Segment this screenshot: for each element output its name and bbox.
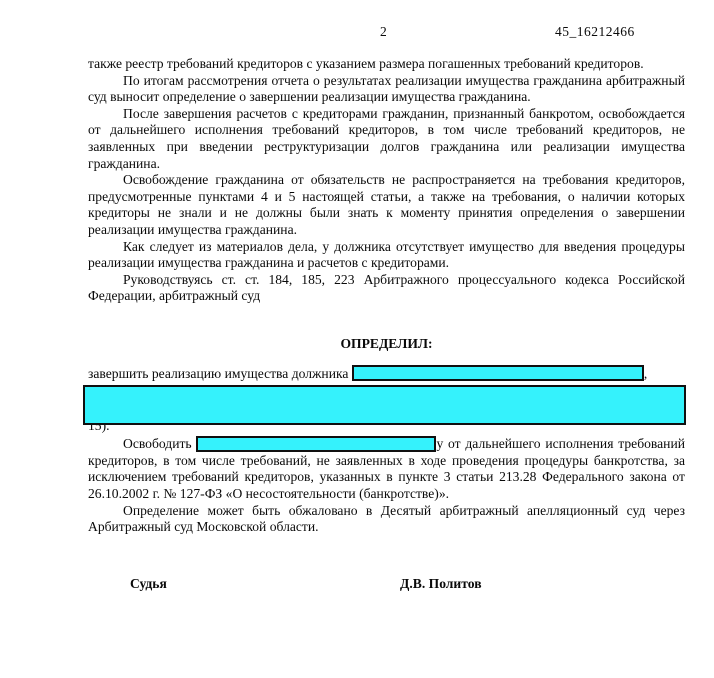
paragraph-appeal: Определение может быть обжаловано в Деся… — [88, 503, 685, 536]
signature-row: Судья Д.В. Политов — [88, 576, 685, 596]
judge-name: Д.В. Политов — [400, 576, 482, 593]
case-number: 45_16212466 — [555, 24, 635, 40]
release-before-text: Освободить — [123, 436, 196, 451]
document-page: 2 45_16212466 также реестр требований кр… — [0, 0, 714, 678]
operative-after-box: , — [644, 366, 647, 381]
operative-release-paragraph: Освободить у от дальнейшего исполнения т… — [88, 436, 685, 503]
paragraph-no-property: Как следует из материалов дела, у должни… — [88, 239, 685, 272]
redaction-box-debtor-name — [352, 365, 644, 381]
operative-complete-text: завершить реализацию имущества должника — [88, 366, 352, 381]
paragraph-report-review: По итогам рассмотрения отчета о результа… — [88, 73, 685, 106]
paragraph-registry: также реестр требований кредиторов с ука… — [88, 56, 685, 73]
document-body: также реестр требований кредиторов с ука… — [88, 56, 685, 596]
resolution-heading: ОПРЕДЕЛИЛ: — [88, 336, 685, 353]
redaction-box-large — [83, 385, 686, 425]
paragraph-release-after-settlement: После завершения расчетов с кредиторами … — [88, 106, 685, 172]
redaction-box-citizen-name — [196, 436, 436, 452]
paragraph-legal-basis: Руководствуясь ст. ст. 184, 185, 223 Арб… — [88, 272, 685, 305]
paragraph-release-exceptions: Освобождение гражданина от обязательств … — [88, 172, 685, 238]
page-number: 2 — [380, 24, 387, 40]
operative-complete-line: завершить реализацию имущества должника … — [88, 366, 685, 383]
judge-title: Судья — [130, 576, 167, 593]
